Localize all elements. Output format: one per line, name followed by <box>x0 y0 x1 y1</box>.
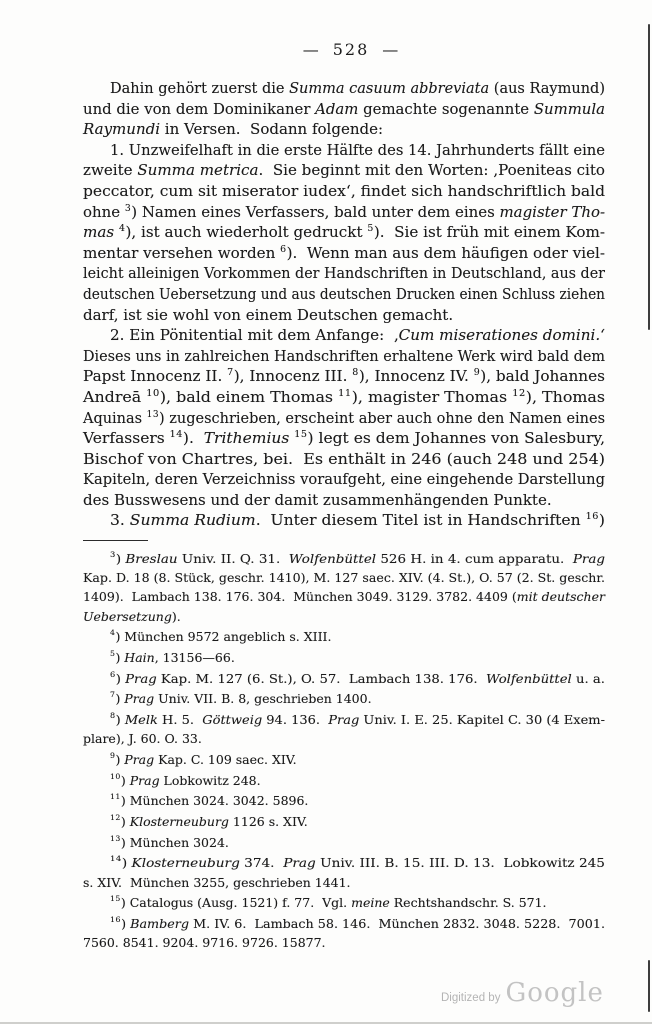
text-line: 5) Hain, 13156—66. <box>83 648 605 667</box>
text-line: 2. Ein Pönitential mit dem Anfange: ‚Cum… <box>83 325 605 346</box>
text-line: Papst Innocenz II. 7), Innocenz III. 8),… <box>83 366 605 387</box>
line-content: 16) Bamberg M. IV. 6. Lambach 58. 146. M… <box>110 914 605 933</box>
italic-text: Wolfenbüttel <box>289 551 376 566</box>
line-content: Papst Innocenz II. 7), Innocenz III. 8),… <box>83 366 605 387</box>
line-content: darf, ist sie wohl von einem Deutschen g… <box>83 305 453 326</box>
footnote-marker: 12 <box>512 388 526 399</box>
line-content: 1409). Lambach 138. 176. 304. München 30… <box>83 587 605 606</box>
line-content: Bischof von Chartres, bei. Es enthält in… <box>83 449 605 470</box>
line-content: plare), J. 60. O. 33. <box>83 729 202 748</box>
italic-text: Adam <box>315 100 358 118</box>
line-content: Raymundi in Versen. Sodann folgende: <box>83 119 383 140</box>
italic-text: meine <box>351 895 390 910</box>
line-content: des Busswesens und der damit zusammenhän… <box>83 490 552 511</box>
text-line: 14) Klosterneuburg 374. Prag Univ. III. … <box>83 853 605 872</box>
text-line: Kap. D. 18 (8. Stück, geschr. 1410), M. … <box>83 568 605 587</box>
footnote-marker: 11 <box>110 792 121 801</box>
footnote-marker: 7 <box>227 367 234 378</box>
italic-text: magister Tho- <box>500 203 605 221</box>
line-content: 5) Hain, 13156—66. <box>110 648 235 667</box>
footnote-marker: 3 <box>125 203 131 214</box>
line-content: Dieses uns in zahlreichen Handschriften … <box>83 346 605 367</box>
italic-text: Summa casuum abbreviata <box>289 79 489 97</box>
footnote: 13) München 3024. <box>83 833 605 852</box>
footnote-marker: 16 <box>110 915 121 924</box>
text-line: 15) Catalogus (Ausg. 1521) f. 77. Vgl. m… <box>83 893 605 912</box>
line-content: leicht alleinigen Vorkommen der Handschr… <box>83 263 605 284</box>
text-line: 16) Bamberg M. IV. 6. Lambach 58. 146. M… <box>83 914 605 933</box>
line-content: deutschen Uebersetzung und aus deutschen… <box>83 284 605 305</box>
text-line: Aquinas 13) zugeschrieben, erscheint abe… <box>83 408 605 429</box>
paragraph: 2. Ein Pönitential mit dem Anfange: ‚Cum… <box>83 325 605 510</box>
line-content: mentar versehen worden 6). Wenn man aus … <box>83 243 605 264</box>
line-content: 3. Summa Rudium. Unter diesem Titel ist … <box>110 510 605 531</box>
italic-text: Prag <box>124 691 154 706</box>
text-line: darf, ist sie wohl von einem Deutschen g… <box>83 305 605 326</box>
text-line: 12) Klosterneuburg 1126 s. XIV. <box>83 812 605 831</box>
footnote: 7) Prag Univ. VII. B. 8, geschrieben 140… <box>83 689 605 708</box>
text-line: 11) München 3024. 3042. 5896. <box>83 791 605 810</box>
footnote-marker: 15 <box>110 894 121 903</box>
footnote: 3) Breslau Univ. II. Q. 31. Wolfenbüttel… <box>83 549 605 626</box>
italic-text: Melk <box>125 712 158 727</box>
italic-text: Summula <box>534 100 605 118</box>
line-content: 1. Unzweifelhaft in die erste Hälfte des… <box>110 140 605 161</box>
footnote-marker: 10 <box>110 772 121 781</box>
footnote: 10) Prag Lobkowitz 248. <box>83 771 605 790</box>
footnote: 6) Prag Kap. M. 127 (6. St.), O. 57. Lam… <box>83 669 605 688</box>
scanned-book-page: —528— Dahin gehört zuerst die Summa casu… <box>0 0 652 1024</box>
footnote-marker: 4 <box>110 628 115 637</box>
italic-text: Wolfenbüttel <box>486 671 572 686</box>
italic-text: Uebersetzung <box>83 609 172 624</box>
italic-text: Göttweig <box>202 712 262 727</box>
footnote: 14) Klosterneuburg 374. Prag Univ. III. … <box>83 853 605 891</box>
footnote-marker: 15 <box>294 429 307 440</box>
italic-text: Cum miserationes domini.‘ <box>399 326 605 344</box>
line-content: 6) Prag Kap. M. 127 (6. St.), O. 57. Lam… <box>110 669 605 688</box>
italic-text: Prag <box>328 712 359 727</box>
line-content: 9) Prag Kap. C. 109 saec. XIV. <box>110 750 297 769</box>
line-content: Uebersetzung). <box>83 607 181 626</box>
line-content: Andreā 10), bald einem Thomas 11), magis… <box>83 387 605 408</box>
italic-text: mas <box>83 223 114 241</box>
footnote-marker: 8 <box>110 711 116 720</box>
footnote-marker: 12 <box>110 813 121 822</box>
italic-text: Raymundi <box>83 120 160 138</box>
footnote-marker: 5 <box>367 223 373 234</box>
text-line: 9) Prag Kap. C. 109 saec. XIV. <box>83 750 605 769</box>
footnote-marker: 16 <box>586 511 599 522</box>
italic-text: Breslau <box>125 551 177 566</box>
text-line: 6) Prag Kap. M. 127 (6. St.), O. 57. Lam… <box>83 669 605 688</box>
paragraph: 1. Unzweifelhaft in die erste Hälfte des… <box>83 140 605 325</box>
footnote: 4) München 9572 angeblich s. XIII. <box>83 627 605 646</box>
line-content: mas 4), ist auch wiederholt gedruckt 5).… <box>83 222 605 243</box>
footnote-separator <box>83 540 148 541</box>
line-content: Kapiteln, deren Verzeichniss voraufgeht,… <box>83 469 605 490</box>
page-number: 528 <box>333 40 370 59</box>
text-line: 8) Melk H. 5. Göttweig 94. 136. Prag Uni… <box>83 710 605 729</box>
footnote: 9) Prag Kap. C. 109 saec. XIV. <box>83 750 605 769</box>
footnote-marker: 10 <box>146 388 160 399</box>
footnote-marker: 14 <box>110 854 122 863</box>
italic-text: mit deutscher <box>517 589 605 604</box>
italic-text: Prag <box>573 551 605 566</box>
italic-text: Bamberg <box>130 916 189 931</box>
footnote: 16) Bamberg M. IV. 6. Lambach 58. 146. M… <box>83 914 605 952</box>
text-line: Andreā 10), bald einem Thomas 11), magis… <box>83 387 605 408</box>
line-content: 14) Klosterneuburg 374. Prag Univ. III. … <box>110 853 605 872</box>
italic-text: Prag <box>124 752 154 767</box>
footnote-marker: 11 <box>338 388 352 399</box>
google-logo: Google <box>505 978 603 1008</box>
line-content: Verfassers 14). Trithemius 15) legt es d… <box>83 428 605 449</box>
text-line: deutschen Uebersetzung und aus deutschen… <box>83 284 605 305</box>
italic-text: Klosterneuburg <box>130 814 229 829</box>
footnote-marker: 4 <box>119 223 125 234</box>
italic-text: Summa metrica <box>137 161 258 179</box>
footnote-marker: 8 <box>352 367 359 378</box>
footnote-marker: 13 <box>110 834 121 843</box>
footnote-marker: 9 <box>110 751 115 760</box>
italic-text: Hain <box>124 650 154 665</box>
page-number-line: —528— <box>290 40 413 59</box>
text-line: mentar versehen worden 6). Wenn man aus … <box>83 243 605 264</box>
paragraph: Dahin gehört zuerst die Summa casuum abb… <box>83 78 605 140</box>
line-content: 7560. 8541. 9204. 9716. 9726. 15877. <box>83 933 326 952</box>
line-content: Dahin gehört zuerst die Summa casuum abb… <box>110 78 605 99</box>
italic-text: Prag <box>283 855 316 870</box>
watermark-prefix: Digitized by <box>441 992 500 1004</box>
text-line: zweite Summa metrica. Sie beginnt mit de… <box>83 160 605 181</box>
text-line: Kapiteln, deren Verzeichniss voraufgeht,… <box>83 469 605 490</box>
digitized-by-google-watermark: Digitized by Google <box>441 978 604 1008</box>
text-line: 13) München 3024. <box>83 833 605 852</box>
scan-edge-artifact-top <box>648 24 650 330</box>
text-line: 10) Prag Lobkowitz 248. <box>83 771 605 790</box>
text-line: Raymundi in Versen. Sodann folgende: <box>83 119 605 140</box>
line-content: Aquinas 13) zugeschrieben, erscheint abe… <box>83 408 605 429</box>
line-content: 2. Ein Pönitential mit dem Anfange: ‚Cum… <box>110 325 605 346</box>
footnote-marker: 9 <box>474 367 481 378</box>
text-line: leicht alleinigen Vorkommen der Handschr… <box>83 263 605 284</box>
footnotes: 3) Breslau Univ. II. Q. 31. Wolfenbüttel… <box>83 549 605 952</box>
text-line: 4) München 9572 angeblich s. XIII. <box>83 627 605 646</box>
footnote: 12) Klosterneuburg 1126 s. XIV. <box>83 812 605 831</box>
italic-text: Summa Rudium <box>130 511 256 529</box>
text-line: 7) Prag Univ. VII. B. 8, geschrieben 140… <box>83 689 605 708</box>
line-content: zweite Summa metrica. Sie beginnt mit de… <box>83 160 605 181</box>
text-line: peccator, cum sit miserator iudex‘, find… <box>83 181 605 202</box>
line-content: peccator, cum sit miserator iudex‘, find… <box>83 181 605 202</box>
paragraph: 3. Summa Rudium. Unter diesem Titel ist … <box>83 510 605 531</box>
text-line: 7560. 8541. 9204. 9716. 9726. 15877. <box>83 933 605 952</box>
text-line: 1. Unzweifelhaft in die erste Hälfte des… <box>83 140 605 161</box>
text-line: s. XIV. München 3255, geschrieben 1441. <box>83 873 605 892</box>
line-content: 7) Prag Univ. VII. B. 8, geschrieben 140… <box>110 689 372 708</box>
italic-text: Klosterneuburg <box>132 855 240 870</box>
text-line: ohne 3) Namen eines Verfassers, bald unt… <box>83 202 605 223</box>
text-line: plare), J. 60. O. 33. <box>83 729 605 748</box>
footnote-marker: 7 <box>110 690 115 699</box>
text-line: des Busswesens und der damit zusammenhän… <box>83 490 605 511</box>
line-content: 12) Klosterneuburg 1126 s. XIV. <box>110 812 308 831</box>
body-text: Dahin gehört zuerst die Summa casuum abb… <box>83 78 605 531</box>
line-content: 15) Catalogus (Ausg. 1521) f. 77. Vgl. m… <box>110 893 547 912</box>
footnote: 8) Melk H. 5. Göttweig 94. 136. Prag Uni… <box>83 710 605 748</box>
line-content: 4) München 9572 angeblich s. XIII. <box>110 627 331 646</box>
scan-edge-artifact-bottom <box>648 960 651 1012</box>
header-dash-right: — <box>382 40 399 59</box>
line-content: s. XIV. München 3255, geschrieben 1441. <box>83 873 351 892</box>
italic-text: Trithemius <box>204 429 290 447</box>
footnote: 5) Hain, 13156—66. <box>83 648 605 667</box>
line-content: 13) München 3024. <box>110 833 229 852</box>
footnote-marker: 6 <box>280 244 286 255</box>
footnote-marker: 3 <box>110 550 116 559</box>
line-content: ohne 3) Namen eines Verfassers, bald unt… <box>83 202 605 223</box>
page-content: Dahin gehört zuerst die Summa casuum abb… <box>83 78 605 954</box>
text-line: 3. Summa Rudium. Unter diesem Titel ist … <box>83 510 605 531</box>
italic-text: Prag <box>125 671 157 686</box>
text-line: und die von dem Dominikaner Adam gemacht… <box>83 99 605 120</box>
header-dash-left: — <box>303 40 320 59</box>
line-content: und die von dem Dominikaner Adam gemacht… <box>83 99 605 120</box>
footnote-marker: 5 <box>110 649 115 658</box>
footnote-marker: 14 <box>170 429 183 440</box>
italic-text: Prag <box>130 773 160 788</box>
line-content: 8) Melk H. 5. Göttweig 94. 136. Prag Uni… <box>110 710 605 729</box>
footnote: 11) München 3024. 3042. 5896. <box>83 791 605 810</box>
text-line: mas 4), ist auch wiederholt gedruckt 5).… <box>83 222 605 243</box>
text-line: Bischof von Chartres, bei. Es enthält in… <box>83 449 605 470</box>
line-content: 3) Breslau Univ. II. Q. 31. Wolfenbüttel… <box>110 549 605 568</box>
text-line: Dieses uns in zahlreichen Handschriften … <box>83 346 605 367</box>
line-content: 11) München 3024. 3042. 5896. <box>110 791 308 810</box>
text-line: Dahin gehört zuerst die Summa casuum abb… <box>83 78 605 99</box>
text-line: 3) Breslau Univ. II. Q. 31. Wolfenbüttel… <box>83 549 605 568</box>
line-content: Kap. D. 18 (8. Stück, geschr. 1410), M. … <box>83 568 605 587</box>
page-header: —528— <box>0 40 652 59</box>
footnote-marker: 6 <box>110 670 116 679</box>
line-content: 10) Prag Lobkowitz 248. <box>110 771 261 790</box>
text-line: Verfassers 14). Trithemius 15) legt es d… <box>83 428 605 449</box>
text-line: 1409). Lambach 138. 176. 304. München 30… <box>83 587 605 606</box>
footnote: 15) Catalogus (Ausg. 1521) f. 77. Vgl. m… <box>83 893 605 912</box>
text-line: Uebersetzung). <box>83 607 605 626</box>
footnote-marker: 13 <box>147 409 159 420</box>
